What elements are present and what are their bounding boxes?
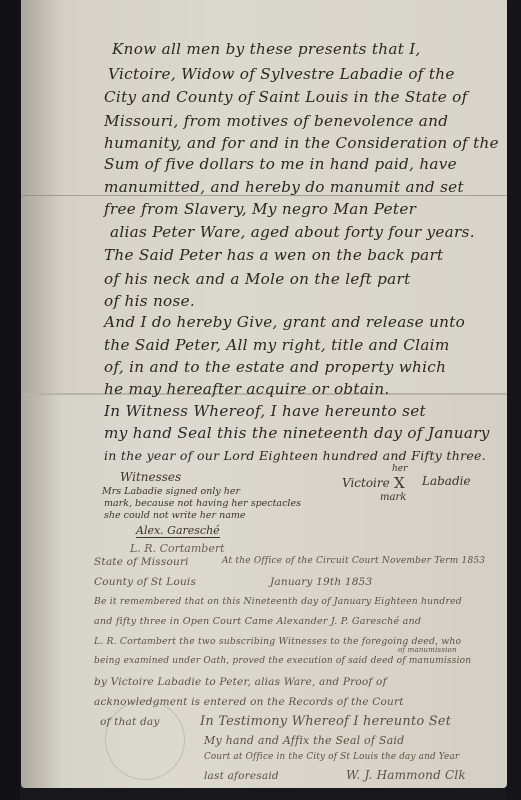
witness-name: Alex. Garesché [136,524,220,538]
testimony-line: Court at Office in the City of St Louis … [204,752,459,762]
body-line: alias Peter Ware, aged about forty four … [110,223,475,241]
document-upper-panel [21,0,507,394]
certificate-line: by Victoire Labadie to Peter, alias Ware… [94,676,387,688]
signature-mark-x: X [394,474,405,492]
body-line: of his neck and a Mole on the left part [104,270,410,288]
body-line: And I do hereby Give, grant and release … [104,313,465,331]
body-line: Sum of five dollars to me in hand paid, … [104,155,457,173]
signature-mark-label: mark [380,492,406,503]
certificate-line: of that day [100,716,159,728]
witness-note-line: mark, because not having her spectacles [104,498,301,509]
testimony-line: My hand and Affix the Seal of Said [204,734,404,747]
certificate-county: County of St Louis [94,576,196,588]
certificate-date: January 19th 1853 [270,576,372,588]
certificate-line: being examined under Oath, proved the ex… [94,656,471,666]
body-line: humanity, and for and in the Considerati… [104,134,499,152]
certificate-interlineation: of manumission [398,646,457,654]
witness-name: L. R. Cortambert [130,542,225,555]
body-line: in the year of our Lord Eighteen hundred… [104,448,486,463]
clerk-signature: W. J. Hammond Clk [346,768,466,782]
body-line: City and County of Saint Louis in the St… [104,88,468,106]
body-line: he may hereafter acquire or obtain. [104,380,390,398]
body-line: of his nose. [104,292,195,310]
body-line: Victoire, Widow of Sylvestre Labadie of … [108,65,455,83]
signature-her: her [392,464,407,474]
certificate-line: Be it remembered that on this Nineteenth… [94,596,462,607]
signature-first-name: Victoire [342,476,390,490]
body-line: of, in and to the estate and property wh… [104,358,446,376]
certificate-court-term: At the Office of the Circuit Court Novem… [222,556,485,566]
testimony-line: last aforesaid [204,770,279,782]
scan-frame-left [0,0,20,800]
scan-frame-right [507,0,521,800]
body-line: the Said Peter, All my right, title and … [104,336,450,354]
testimony-line: In Testimony Whereof I hereunto Set [200,714,451,729]
certificate-line: acknowledgment is entered on the Records… [94,696,404,708]
witness-note-line: Mrs Labadie signed only her [102,486,240,497]
body-line: manumitted, and hereby do manumit and se… [104,178,464,196]
body-line: Missouri, from motives of benevolence an… [104,112,448,130]
body-line: free from Slavery, My negro Man Peter [104,200,416,218]
body-line: my hand Seal this the nineteenth day of … [104,424,490,442]
certificate-line: and fifty three in Open Court Came Alexa… [94,616,421,627]
embossed-seal-icon [105,700,185,780]
witnesses-heading: Witnesses [120,470,181,484]
body-line: In Witness Whereof, I have hereunto set [104,402,426,420]
witness-note-line: she could not write her name [104,510,246,521]
signature-last-name: Labadie [422,474,471,488]
body-line: Know all men by these presents that I, [112,40,421,58]
certificate-state: State of Missouri [94,556,189,568]
body-line: The Said Peter has a wen on the back par… [104,246,443,264]
